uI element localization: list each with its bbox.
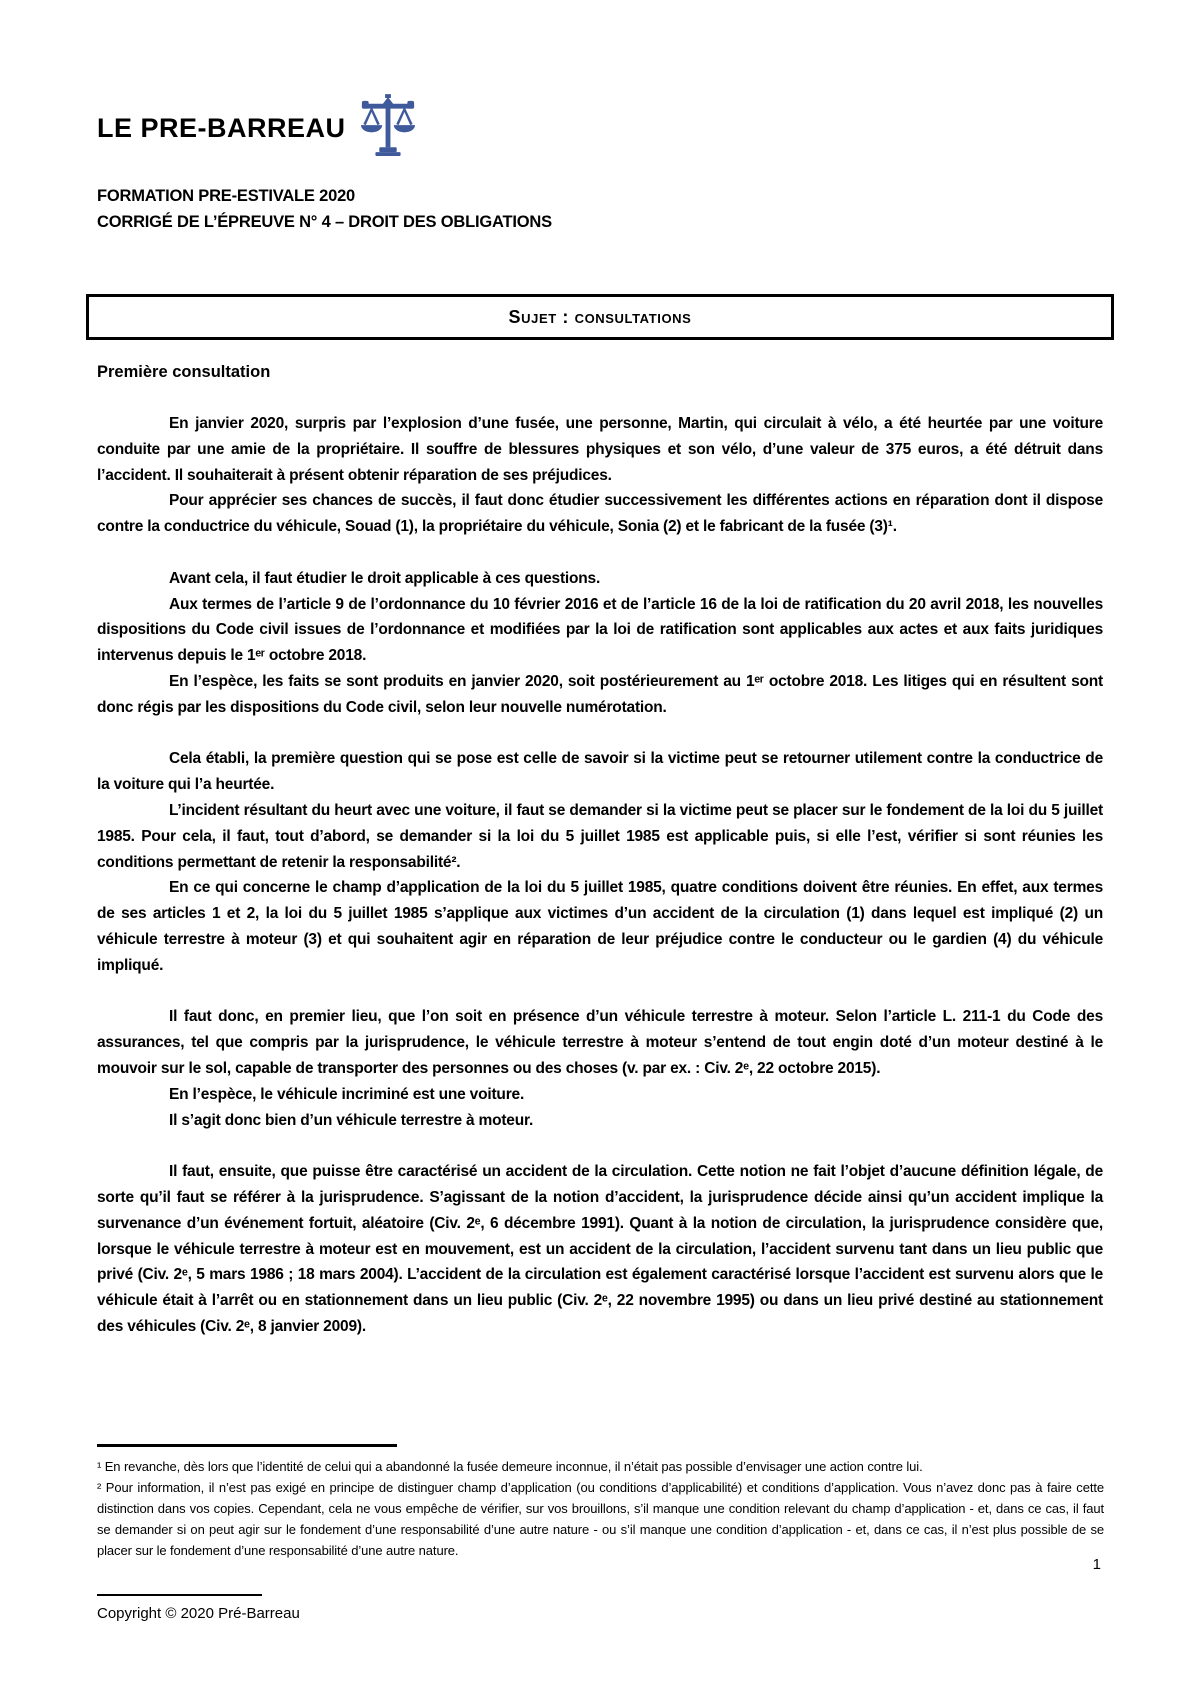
copyright-separator-rule xyxy=(97,1594,262,1596)
paragraph: Il faut donc, en premier lieu, que l’on … xyxy=(97,1004,1103,1081)
header-formation-line: FORMATION PRE-ESTIVALE 2020 xyxy=(97,183,1103,209)
header-subtitle-block: FORMATION PRE-ESTIVALE 2020 CORRIGÉ DE L… xyxy=(97,183,1103,235)
brand-title: LE PRE-BARREAU xyxy=(97,113,346,143)
document-body: En janvier 2020, surpris par l’explosion… xyxy=(97,411,1103,1340)
paragraph: En l’espèce, le véhicule incriminé est u… xyxy=(97,1082,1103,1108)
paragraph: L’incident résultant du heurt avec une v… xyxy=(97,798,1103,875)
paragraph: Il s’agit donc bien d’un véhicule terres… xyxy=(97,1108,1103,1134)
paragraph: Pour apprécier ses chances de succès, il… xyxy=(97,488,1103,540)
subject-box: Sujet : consultations xyxy=(86,294,1114,340)
copyright-text: Copyright © 2020 Pré-Barreau xyxy=(97,1603,300,1624)
header-corrige-line: CORRIGÉ DE L’ÉPREUVE N° 4 – DROIT DES OB… xyxy=(97,209,1103,235)
paragraph: Avant cela, il faut étudier le droit app… xyxy=(97,566,1103,592)
paragraph: Il faut, ensuite, que puisse être caract… xyxy=(97,1159,1103,1340)
footnote-separator-rule xyxy=(97,1444,397,1447)
footnote-1: ¹ En revanche, dès lors que l’identité d… xyxy=(97,1456,1104,1477)
document-header: LE PRE-BARREAU xyxy=(97,0,1103,235)
document-page: LE PRE-BARREAU xyxy=(0,0,1200,1698)
paragraph: Cela établi, la première question qui se… xyxy=(97,746,1103,798)
section-title: Première consultation xyxy=(97,359,1103,385)
brand-row: LE PRE-BARREAU xyxy=(97,0,1103,160)
page-number: 1 xyxy=(1093,1555,1101,1575)
copyright-section: Copyright © 2020 Pré-Barreau xyxy=(97,1594,300,1624)
paragraph: Aux termes de l’article 9 de l’ordonnanc… xyxy=(97,592,1103,669)
footnotes-section: ¹ En revanche, dès lors que l’identité d… xyxy=(97,1444,1104,1561)
subject-box-label: Sujet : consultations xyxy=(509,307,692,328)
paragraph: En janvier 2020, surpris par l’explosion… xyxy=(97,411,1103,488)
footnote-2: ² Pour information, il n’est pas exigé e… xyxy=(97,1477,1104,1561)
paragraph: En ce qui concerne le champ d’applicatio… xyxy=(97,875,1103,978)
scales-of-justice-icon xyxy=(359,94,417,160)
paragraph: En l’espèce, les faits se sont produits … xyxy=(97,669,1103,721)
